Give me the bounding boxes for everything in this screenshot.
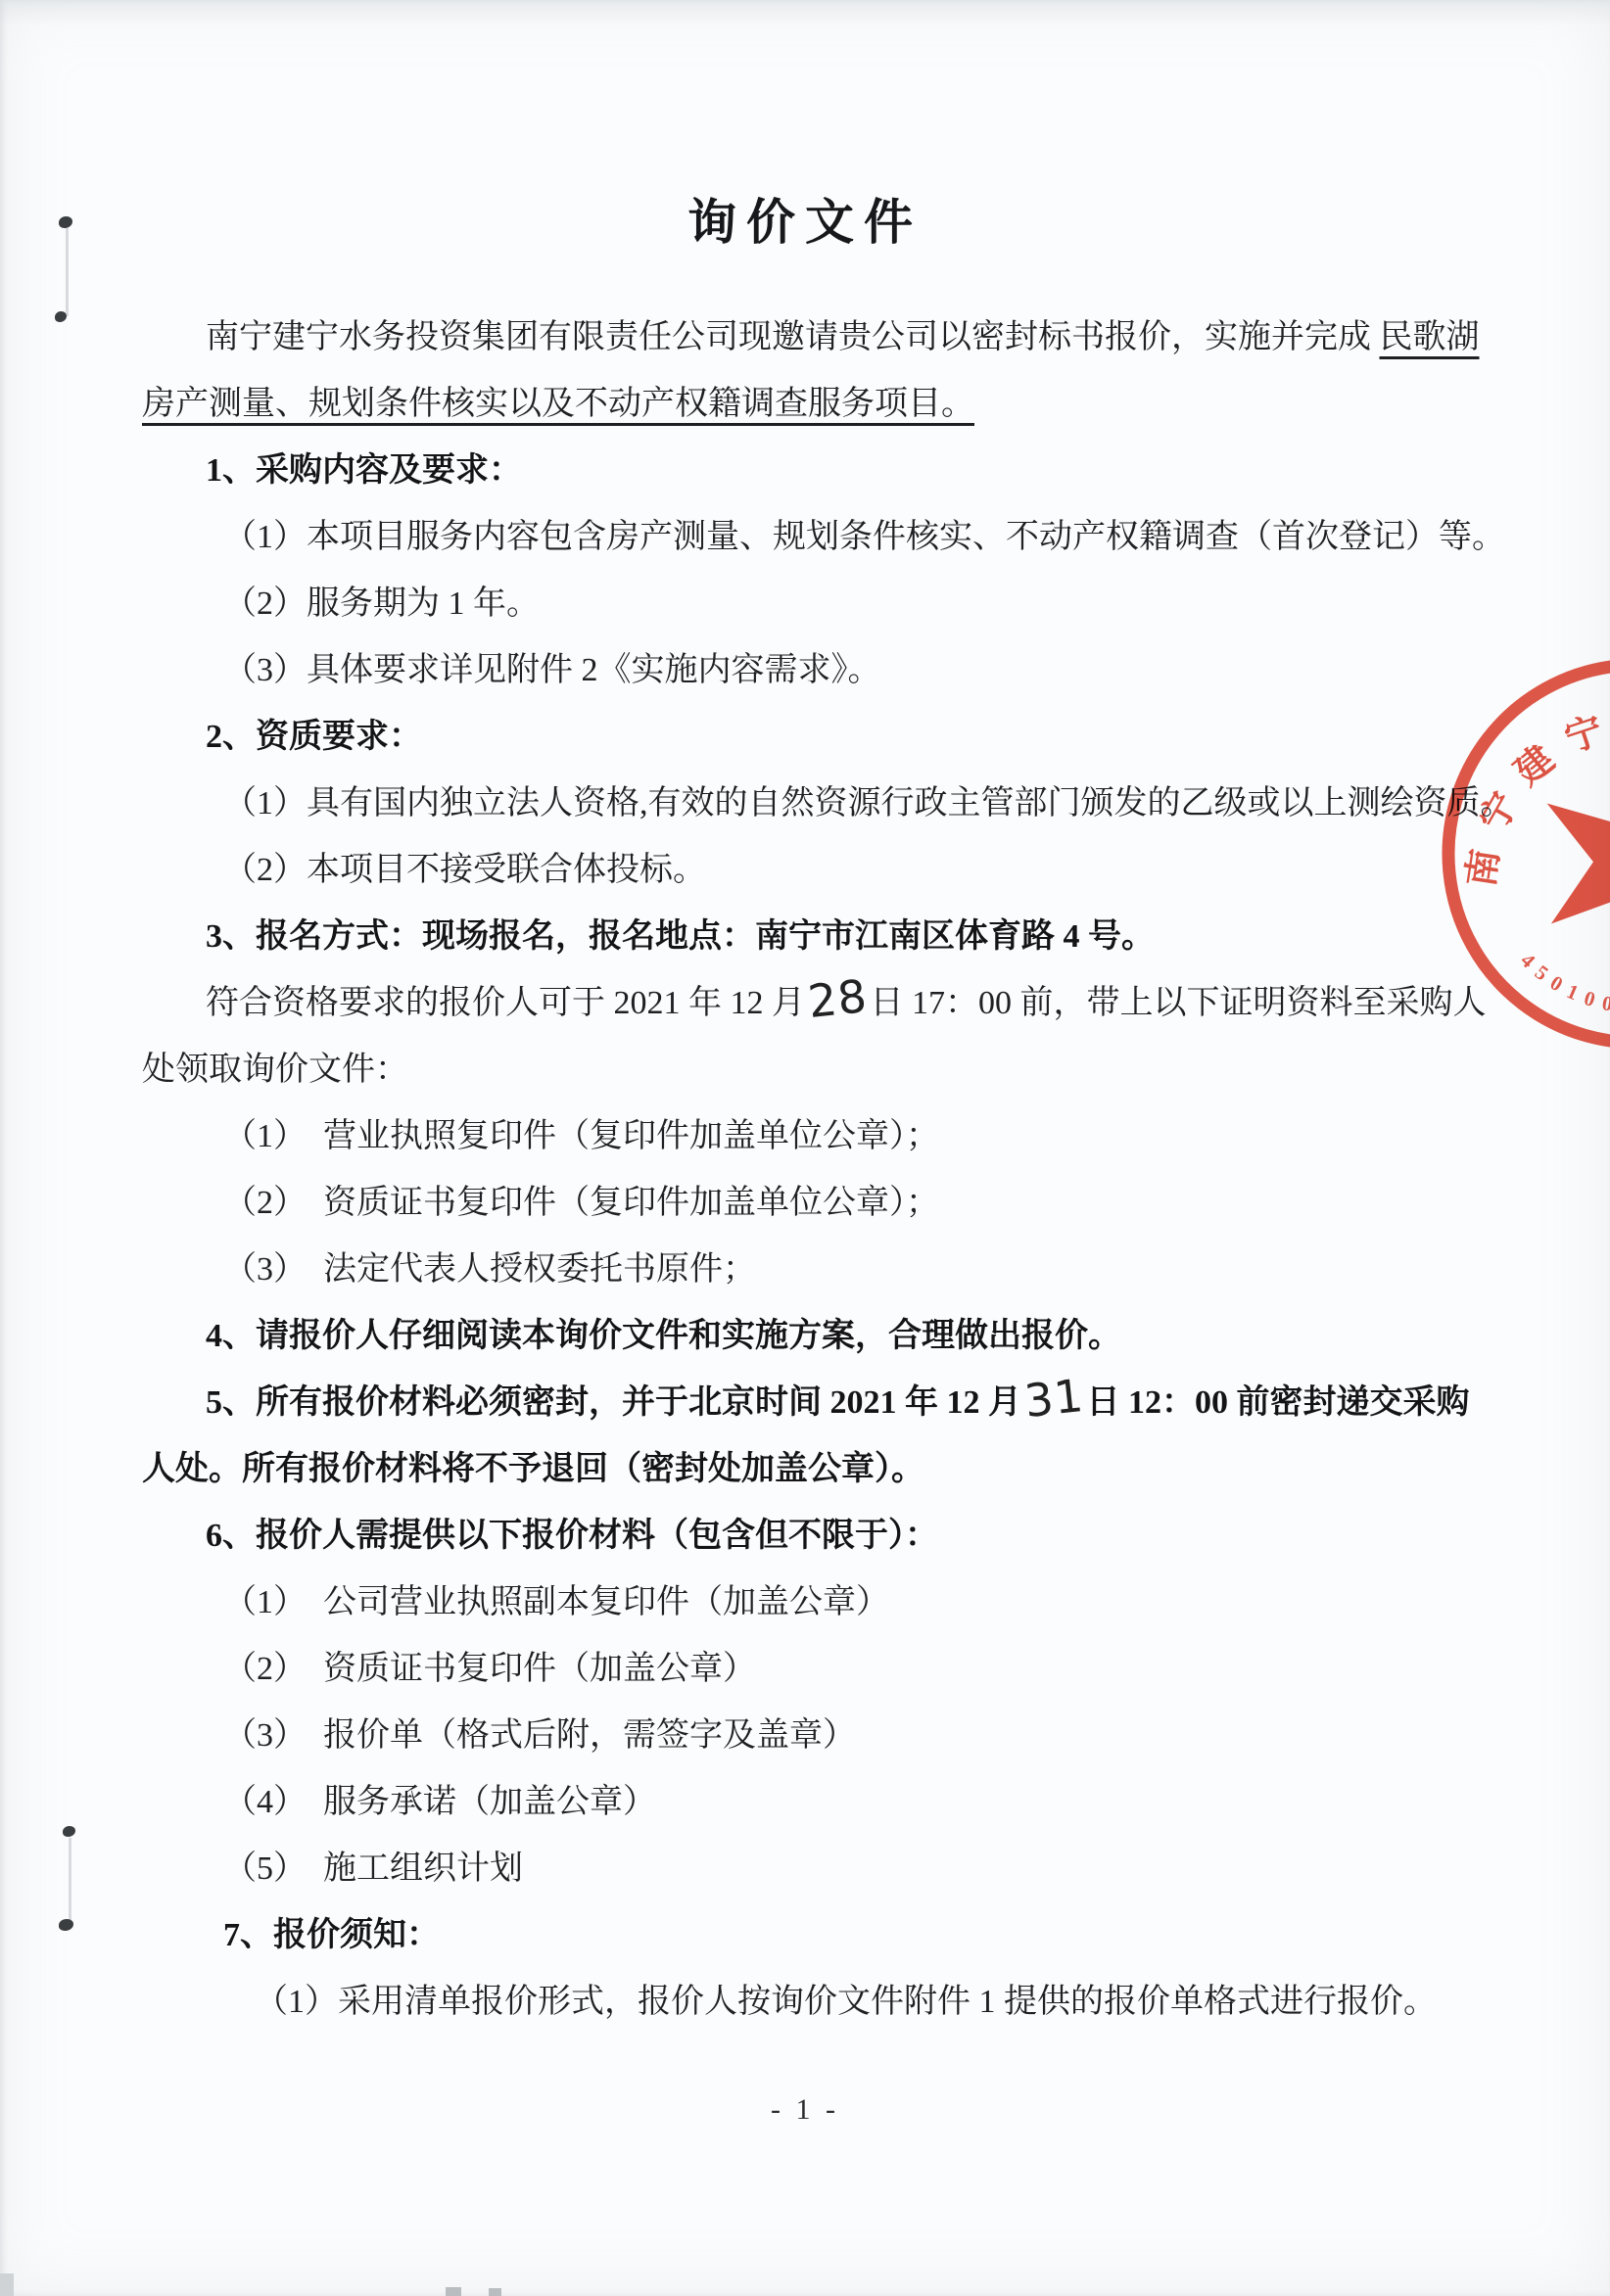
scanned-document-page: 询价文件 南宁建宁水务投资集团有限责任公司现邀请贵公司以密封标书报价，实施并完成… — [0, 0, 1610, 2296]
doc-line: （2）本项目不接受联合体投标。 — [142, 837, 1610, 904]
text-segment: （1） 营业执照复印件（复印件加盖单位公章）； — [223, 1118, 939, 1154]
text-segment: （1）采用清单报价形式，报价人按询价文件附件 1 提供的报价单格式进行报价。 — [255, 1984, 1437, 2020]
doc-line: 6、报价人需提供以下报价材料（包含但不限于）： — [142, 1503, 1610, 1570]
doc-line: 3、报名方式：现场报名，报名地点：南宁市江南区体育路 4 号。 — [142, 904, 1610, 970]
scan-artifact — [489, 2288, 501, 2296]
staple-crease — [69, 1838, 71, 1924]
document-body: 南宁建宁水务投资集团有限责任公司现邀请贵公司以密封标书报价，实施并完成 民歌湖房… — [142, 305, 1610, 2036]
text-segment: （5） 施工组织计划 — [223, 1851, 523, 1887]
doc-line: （1）本项目服务内容包含房产测量、规划条件核实、不动产权籍调查（首次登记）等。 — [142, 504, 1610, 571]
company-seal-stamp: 南宁建宁水务投资 4501007 — [1414, 617, 1610, 1097]
staple-mark — [59, 1919, 73, 1931]
doc-line: 符合资格要求的报价人可于 2021 年 12 月28日 17：00 前，带上以下… — [142, 970, 1610, 1037]
doc-line: （5） 施工组织计划 — [142, 1836, 1610, 1902]
text-segment: 4、请报价人仔细阅读本询价文件和实施方案，合理做出报价。 — [206, 1318, 1121, 1354]
text-segment: 6、报价人需提供以下报价材料（包含但不限于）： — [206, 1518, 938, 1554]
staple-crease — [66, 228, 69, 316]
text-segment: （1） 公司营业执照副本复印件（加盖公章） — [223, 1584, 889, 1620]
text-segment: （2） 资质证书复印件（加盖公章） — [223, 1651, 756, 1687]
text-segment: 日 12：00 前密封递交采购 — [1087, 1384, 1470, 1421]
text-segment: 符合资格要求的报价人可于 2021 年 12 月 — [206, 985, 805, 1021]
text-segment: 1、采购内容及要求： — [206, 452, 522, 489]
scan-artifact — [0, 2273, 14, 2296]
handwritten-digits: 28 — [806, 973, 870, 1024]
doc-line: 2、资质要求： — [142, 704, 1610, 771]
doc-line: （4） 服务承诺（加盖公章） — [142, 1769, 1610, 1836]
text-segment: 南宁建宁水务投资集团有限责任公司现邀请贵公司以密封标书报价，实施并完成 — [206, 319, 1380, 355]
doc-line: 4、请报价人仔细阅读本询价文件和实施方案，合理做出报价。 — [142, 1303, 1610, 1370]
text-segment: （3）具体要求详见附件 2《实施内容需求》。 — [223, 652, 881, 688]
staple-mark — [63, 1826, 75, 1837]
text-segment: （3） 报价单（格式后附，需签字及盖章） — [223, 1717, 856, 1754]
doc-line: （3） 法定代表人授权委托书原件； — [142, 1237, 1610, 1303]
text-segment: 民歌湖 — [1380, 319, 1480, 355]
text-segment: （2）服务期为 1 年。 — [223, 586, 540, 622]
text-segment: （3） 法定代表人授权委托书原件； — [223, 1251, 756, 1288]
text-segment: 2、资质要求： — [206, 719, 422, 755]
text-segment: 5、所有报价材料必须密封，并于北京时间 2021 年 12 月 — [206, 1384, 1021, 1421]
seal-ring — [1414, 620, 1610, 1087]
handwritten-digits: 31 — [1022, 1373, 1086, 1424]
doc-line: 5、所有报价材料必须密封，并于北京时间 2021 年 12 月31日 12：00… — [142, 1370, 1610, 1436]
text-segment: （1）本项目服务内容包含房产测量、规划条件核实、不动产权籍调查（首次登记）等。 — [223, 519, 1505, 555]
doc-line: （2）服务期为 1 年。 — [142, 571, 1610, 637]
doc-line: （3）具体要求详见附件 2《实施内容需求》。 — [142, 637, 1610, 704]
text-segment: 人处。所有报价材料将不予退回（密封处加盖公章）。 — [142, 1451, 924, 1487]
doc-line: 房产测量、规划条件核实以及不动产权籍调查服务项目。 — [142, 371, 1610, 438]
doc-line: 7、报价须知： — [142, 1902, 1610, 1969]
doc-line: （2） 资质证书复印件（加盖公章） — [142, 1636, 1610, 1703]
doc-line: （3） 报价单（格式后附，需签字及盖章） — [142, 1703, 1610, 1769]
text-segment: （2）本项目不接受联合体投标。 — [223, 852, 706, 888]
doc-line: 人处。所有报价材料将不予退回（密封处加盖公章）。 — [142, 1436, 1610, 1503]
doc-line: （1）采用清单报价形式，报价人按询价文件附件 1 提供的报价单格式进行报价。 — [142, 1969, 1610, 2036]
text-segment: 3、报名方式：现场报名，报名地点：南宁市江南区体育路 4 号。 — [206, 918, 1155, 955]
doc-line: 1、采购内容及要求： — [142, 438, 1610, 504]
doc-line: 处领取询价文件： — [142, 1037, 1610, 1103]
text-segment: 7、报价须知： — [223, 1917, 440, 1953]
text-segment: 房产测量、规划条件核实以及不动产权籍调查服务项目。 — [142, 386, 974, 422]
staple-mark — [55, 311, 67, 322]
document-title: 询价文件 — [0, 188, 1610, 257]
text-segment: 处领取询价文件： — [142, 1052, 408, 1088]
text-segment: （1）具有国内独立法人资格,有效的自然资源行政主管部门颁发的乙级或以上测绘资质。 — [223, 785, 1514, 821]
text-segment: 日 17：00 前，带上以下证明资料至采购人 — [871, 985, 1487, 1021]
text-segment: （2） 资质证书复印件（复印件加盖单位公章）； — [223, 1185, 939, 1221]
doc-line: 南宁建宁水务投资集团有限责任公司现邀请贵公司以密封标书报价，实施并完成 民歌湖 — [142, 305, 1610, 371]
doc-line: （1） 营业执照复印件（复印件加盖单位公章）； — [142, 1103, 1610, 1170]
doc-line: （2） 资质证书复印件（复印件加盖单位公章）； — [142, 1170, 1610, 1237]
page-number: - 1 - — [0, 2077, 1610, 2143]
scan-artifact — [446, 2287, 461, 2296]
doc-line: （1）具有国内独立法人资格,有效的自然资源行政主管部门颁发的乙级或以上测绘资质。 — [142, 771, 1610, 837]
text-segment: （4） 服务承诺（加盖公章） — [223, 1784, 656, 1820]
doc-line: （1） 公司营业执照副本复印件（加盖公章） — [142, 1570, 1610, 1636]
